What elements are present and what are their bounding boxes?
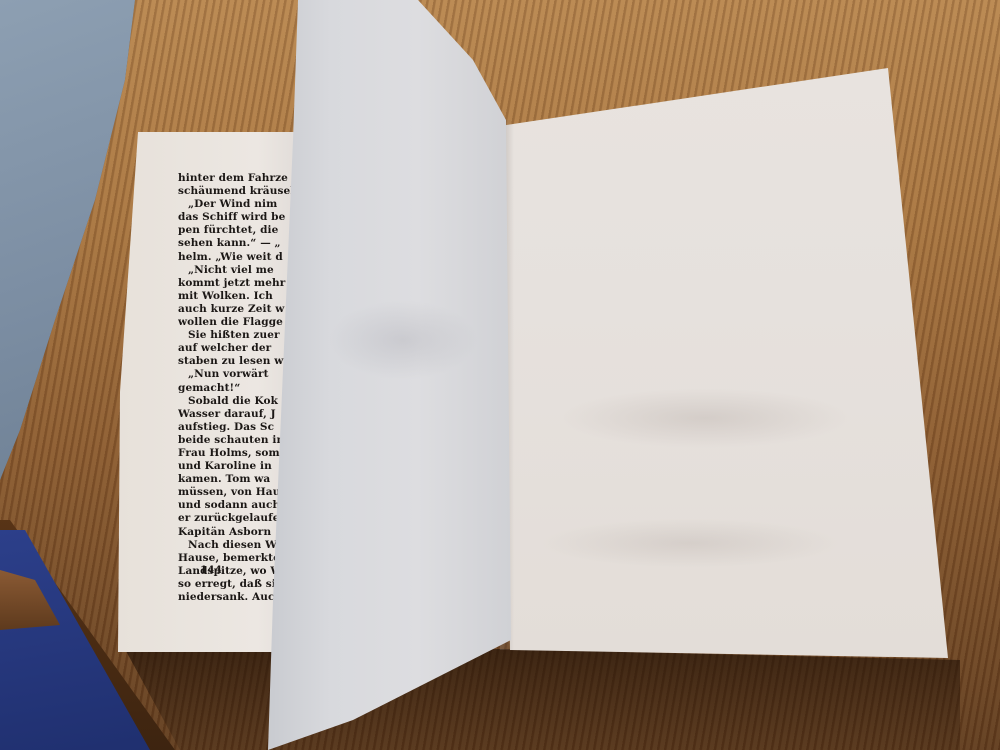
paper-shading — [540, 518, 840, 568]
right-page-blank — [500, 68, 952, 658]
page-number: 144 — [200, 564, 222, 576]
paper-shading — [560, 388, 850, 448]
turning-page[interactable] — [268, 0, 518, 750]
photo-scene: hinter dem Fahrze schäumend kräusel „Der… — [0, 0, 1000, 750]
